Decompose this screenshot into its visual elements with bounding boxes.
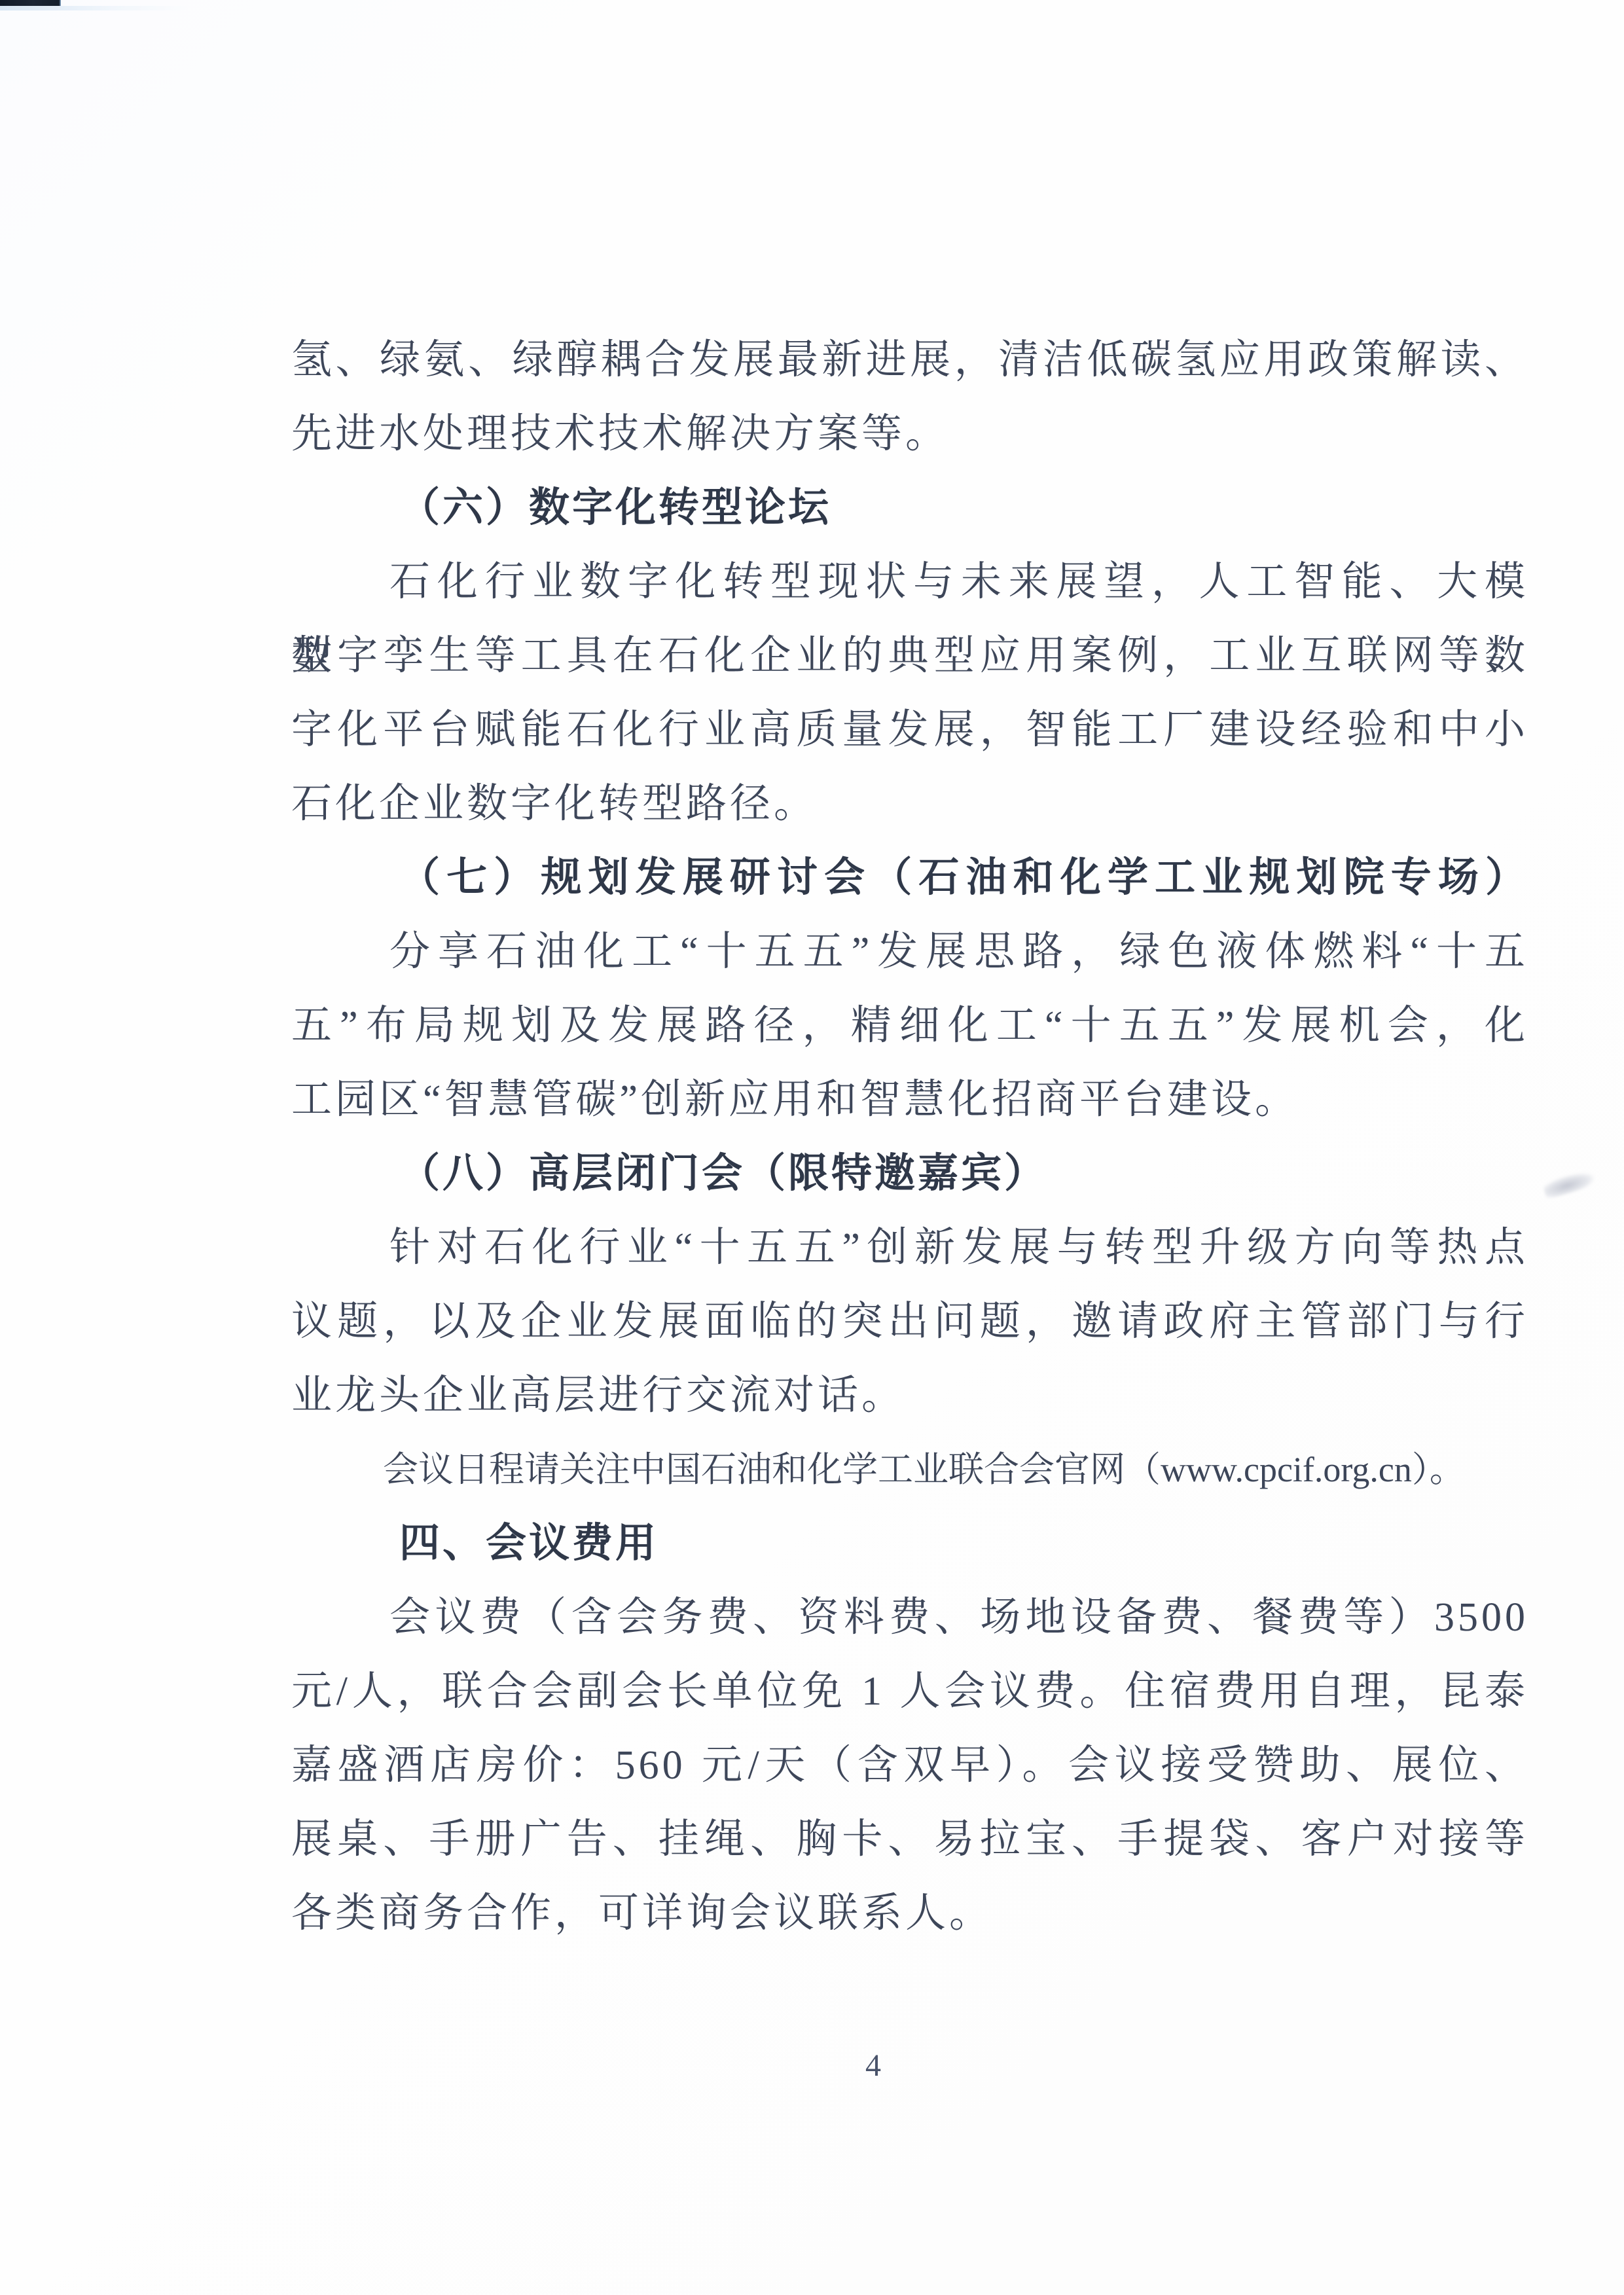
text-line: 议题，以及企业发展面临的突出问题，邀请政府主管部门与行	[291, 1285, 1528, 1359]
scan-artifact-bar	[0, 0, 61, 6]
section-heading: （六）数字化转型论坛	[291, 471, 1528, 545]
text-line: 展桌、手册广告、挂绳、胸卡、易拉宝、手提袋、客户对接等	[291, 1803, 1528, 1877]
website-note-line: 会议日程请关注中国石油和化学工业联合会官网（www.cpcif.org.cn）。	[291, 1433, 1528, 1507]
text-line: 工园区“智慧管碳”创新应用和智慧化招商平台建设。	[291, 1063, 1528, 1137]
text-line: 字化平台赋能石化行业高质量发展，智能工厂建设经验和中小	[291, 693, 1528, 767]
text-line: 氢、绿氨、绿醇耦合发展最新进展，清洁低碳氢应用政策解读、	[291, 323, 1528, 397]
text-line: 会议费（含会务费、资料费、场地设备费、餐费等）3500	[291, 1581, 1528, 1655]
text-line: 五”布局规划及发展路径，精细化工“十五五”发展机会，化	[291, 989, 1528, 1063]
text-line: 嘉盛酒店房价：560 元/天（含双早）。会议接受赞助、展位、	[291, 1729, 1528, 1803]
text-line: 先进水处理技术技术解决方案等。	[291, 397, 1528, 471]
text-line: 针对石化行业“十五五”创新发展与转型升级方向等热点	[291, 1211, 1528, 1285]
text-line: 业龙头企业高层进行交流对话。	[291, 1359, 1528, 1433]
text-line: 数字孪生等工具在石化企业的典型应用案例，工业互联网等数	[291, 619, 1528, 693]
document-body: 氢、绿氨、绿醇耦合发展最新进展，清洁低碳氢应用政策解读、 先进水处理技术技术解决…	[291, 323, 1528, 1951]
section-heading: （七）规划发展研讨会（石油和化学工业规划院专场）	[291, 841, 1528, 915]
text-line: 石化企业数字化转型路径。	[291, 767, 1528, 841]
section-heading: （八）高层闭门会（限特邀嘉宾）	[291, 1137, 1528, 1211]
section-heading: 四、会议费用	[291, 1507, 1528, 1581]
text-line: 各类商务合作，可详询会议联系人。	[291, 1877, 1528, 1951]
page-number: 4	[847, 2048, 899, 2084]
text-line: 分享石油化工“十五五”发展思路，绿色液体燃料“十五	[291, 915, 1528, 989]
scanned-document-page: 氢、绿氨、绿醇耦合发展最新进展，清洁低碳氢应用政策解读、 先进水处理技术技术解决…	[0, 0, 1624, 2295]
scan-artifact-bar-glow	[0, 6, 190, 10]
scan-smudge	[1542, 1168, 1596, 1200]
text-line: 石化行业数字化转型现状与未来展望，人工智能、大模型、	[291, 545, 1528, 619]
text-line: 元/人，联合会副会长单位免 1 人会议费。住宿费用自理，昆泰	[291, 1655, 1528, 1729]
